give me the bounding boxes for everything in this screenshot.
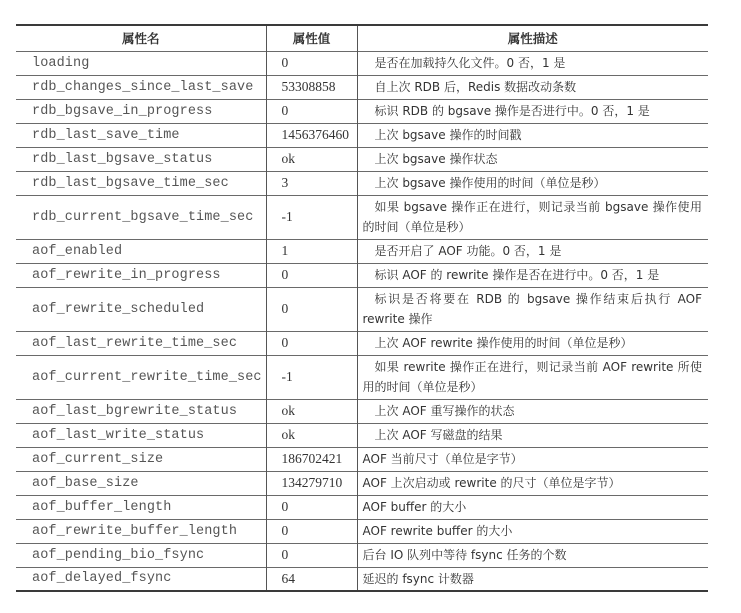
attribute-name: aof_last_write_status — [16, 423, 266, 447]
table-row: rdb_bgsave_in_progress 0 标识 RDB 的 bgsave… — [16, 99, 708, 123]
attribute-value: 53308858 — [266, 75, 357, 99]
attribute-name: aof_last_rewrite_time_sec — [16, 331, 266, 355]
table-row: rdb_last_bgsave_time_sec 3 上次 bgsave 操作使… — [16, 171, 708, 195]
attribute-description: 如果 bgsave 操作正在进行，则记录当前 bgsave 操作使用的时间（单位… — [357, 195, 708, 239]
attribute-value: 186702421 — [266, 447, 357, 471]
attribute-description: AOF buffer 的大小 — [357, 495, 708, 519]
attribute-value: ok — [266, 423, 357, 447]
header-attribute-value: 属性值 — [266, 25, 357, 51]
header-attribute-description: 属性描述 — [357, 25, 708, 51]
attribute-value: 0 — [266, 543, 357, 567]
table-row: aof_last_write_status ok 上次 AOF 写磁盘的结果 — [16, 423, 708, 447]
attribute-name: rdb_last_save_time — [16, 123, 266, 147]
description-text: 如果 rewrite 操作正在进行，则记录当前 AOF rewrite 所使用的… — [363, 357, 703, 397]
table-row: rdb_changes_since_last_save 53308858 自上次… — [16, 75, 708, 99]
attribute-description: 标识是否将要在 RDB 的 bgsave 操作结束后执行 AOF rewrite… — [357, 287, 708, 331]
attribute-name: aof_rewrite_scheduled — [16, 287, 266, 331]
attribute-value: ok — [266, 399, 357, 423]
attribute-value: 0 — [266, 99, 357, 123]
table-row: rdb_current_bgsave_time_sec -1 如果 bgsave… — [16, 195, 708, 239]
attribute-value: 64 — [266, 567, 357, 591]
description-text: 标识 AOF 的 rewrite 操作是否在进行中。0 否，1 是 — [363, 265, 703, 285]
attribute-value: 0 — [266, 51, 357, 75]
attribute-name: aof_last_bgrewrite_status — [16, 399, 266, 423]
attribute-name: aof_pending_bio_fsync — [16, 543, 266, 567]
description-text: 上次 AOF 重写操作的状态 — [363, 401, 703, 421]
description-text: AOF 上次启动或 rewrite 的尺寸（单位是字节） — [363, 473, 703, 493]
description-text: 是否在加载持久化文件。0 否，1 是 — [363, 53, 703, 73]
description-text: 如果 bgsave 操作正在进行，则记录当前 bgsave 操作使用的时间（单位… — [363, 197, 703, 237]
attribute-value: -1 — [266, 195, 357, 239]
table-row: aof_current_rewrite_time_sec -1 如果 rewri… — [16, 355, 708, 399]
attribute-description: 延迟的 fsync 计数器 — [357, 567, 708, 591]
attribute-description: AOF rewrite buffer 的大小 — [357, 519, 708, 543]
table-header-row: 属性名 属性值 属性描述 — [16, 25, 708, 51]
description-text: AOF rewrite buffer 的大小 — [363, 521, 703, 541]
persistence-info-table: 属性名 属性值 属性描述 loading 0 是否在加载持久化文件。0 否，1 … — [16, 24, 708, 592]
header-attribute-name: 属性名 — [16, 25, 266, 51]
attribute-value: 1 — [266, 239, 357, 263]
attribute-value: -1 — [266, 355, 357, 399]
attribute-description: 自上次 RDB 后，Redis 数据改动条数 — [357, 75, 708, 99]
table-row: aof_rewrite_buffer_length 0 AOF rewrite … — [16, 519, 708, 543]
attribute-value: 3 — [266, 171, 357, 195]
attribute-value: 0 — [266, 495, 357, 519]
persistence-info-table-container: 属性名 属性值 属性描述 loading 0 是否在加载持久化文件。0 否，1 … — [16, 24, 708, 592]
table-row: aof_pending_bio_fsync 0 后台 IO 队列中等待 fsyn… — [16, 543, 708, 567]
attribute-description: 上次 AOF 重写操作的状态 — [357, 399, 708, 423]
attribute-description: 上次 AOF 写磁盘的结果 — [357, 423, 708, 447]
attribute-value: 0 — [266, 519, 357, 543]
attribute-description: AOF 上次启动或 rewrite 的尺寸（单位是字节） — [357, 471, 708, 495]
attribute-name: rdb_current_bgsave_time_sec — [16, 195, 266, 239]
attribute-name: loading — [16, 51, 266, 75]
table-row: aof_base_size 134279710 AOF 上次启动或 rewrit… — [16, 471, 708, 495]
attribute-description: 后台 IO 队列中等待 fsync 任务的个数 — [357, 543, 708, 567]
table-row: aof_enabled 1 是否开启了 AOF 功能。0 否，1 是 — [16, 239, 708, 263]
attribute-value: 0 — [266, 331, 357, 355]
attribute-name: aof_rewrite_buffer_length — [16, 519, 266, 543]
table-row: aof_rewrite_in_progress 0 标识 AOF 的 rewri… — [16, 263, 708, 287]
attribute-description: 上次 bgsave 操作状态 — [357, 147, 708, 171]
description-text: 延迟的 fsync 计数器 — [363, 569, 703, 589]
table-row: aof_buffer_length 0 AOF buffer 的大小 — [16, 495, 708, 519]
description-text: 标识 RDB 的 bgsave 操作是否进行中。0 否，1 是 — [363, 101, 703, 121]
table-row: aof_last_bgrewrite_status ok 上次 AOF 重写操作… — [16, 399, 708, 423]
attribute-name: aof_enabled — [16, 239, 266, 263]
description-text: 上次 AOF 写磁盘的结果 — [363, 425, 703, 445]
table-row: aof_last_rewrite_time_sec 0 上次 AOF rewri… — [16, 331, 708, 355]
attribute-name: aof_current_rewrite_time_sec — [16, 355, 266, 399]
attribute-description: 是否开启了 AOF 功能。0 否，1 是 — [357, 239, 708, 263]
attribute-value: 0 — [266, 263, 357, 287]
description-text: 标识是否将要在 RDB 的 bgsave 操作结束后执行 AOF rewrite… — [363, 289, 703, 329]
table-row: rdb_last_bgsave_status ok 上次 bgsave 操作状态 — [16, 147, 708, 171]
attribute-value: ok — [266, 147, 357, 171]
attribute-name: rdb_bgsave_in_progress — [16, 99, 266, 123]
description-text: 上次 bgsave 操作使用的时间（单位是秒） — [363, 173, 703, 193]
description-text: 后台 IO 队列中等待 fsync 任务的个数 — [363, 545, 703, 565]
table-row: aof_delayed_fsync 64 延迟的 fsync 计数器 — [16, 567, 708, 591]
attribute-description: 上次 AOF rewrite 操作使用的时间（单位是秒） — [357, 331, 708, 355]
attribute-value: 0 — [266, 287, 357, 331]
table-row: aof_rewrite_scheduled 0 标识是否将要在 RDB 的 bg… — [16, 287, 708, 331]
attribute-name: rdb_changes_since_last_save — [16, 75, 266, 99]
description-text: 上次 bgsave 操作状态 — [363, 149, 703, 169]
attribute-description: 是否在加载持久化文件。0 否，1 是 — [357, 51, 708, 75]
attribute-name: aof_delayed_fsync — [16, 567, 266, 591]
table-row: loading 0 是否在加载持久化文件。0 否，1 是 — [16, 51, 708, 75]
attribute-value: 1456376460 — [266, 123, 357, 147]
attribute-description: 标识 AOF 的 rewrite 操作是否在进行中。0 否，1 是 — [357, 263, 708, 287]
attribute-name: aof_buffer_length — [16, 495, 266, 519]
attribute-description: 上次 bgsave 操作使用的时间（单位是秒） — [357, 171, 708, 195]
description-text: AOF buffer 的大小 — [363, 497, 703, 517]
table-row: rdb_last_save_time 1456376460 上次 bgsave … — [16, 123, 708, 147]
description-text: 是否开启了 AOF 功能。0 否，1 是 — [363, 241, 703, 261]
attribute-name: aof_current_size — [16, 447, 266, 471]
attribute-description: 如果 rewrite 操作正在进行，则记录当前 AOF rewrite 所使用的… — [357, 355, 708, 399]
attribute-description: 上次 bgsave 操作的时间戳 — [357, 123, 708, 147]
attribute-name: aof_base_size — [16, 471, 266, 495]
description-text: 上次 bgsave 操作的时间戳 — [363, 125, 703, 145]
attribute-name: rdb_last_bgsave_time_sec — [16, 171, 266, 195]
attribute-description: AOF 当前尺寸（单位是字节） — [357, 447, 708, 471]
description-text: 上次 AOF rewrite 操作使用的时间（单位是秒） — [363, 333, 703, 353]
description-text: 自上次 RDB 后，Redis 数据改动条数 — [363, 77, 703, 97]
attribute-value: 134279710 — [266, 471, 357, 495]
table-row: aof_current_size 186702421 AOF 当前尺寸（单位是字… — [16, 447, 708, 471]
description-text: AOF 当前尺寸（单位是字节） — [363, 449, 703, 469]
attribute-name: aof_rewrite_in_progress — [16, 263, 266, 287]
attribute-description: 标识 RDB 的 bgsave 操作是否进行中。0 否，1 是 — [357, 99, 708, 123]
attribute-name: rdb_last_bgsave_status — [16, 147, 266, 171]
